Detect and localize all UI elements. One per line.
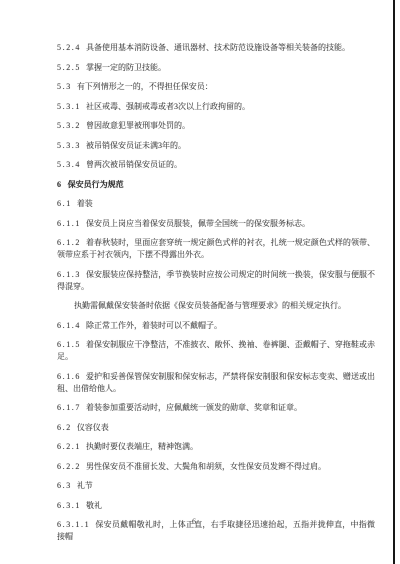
section-number: 6.1 — [57, 199, 72, 208]
section-text: 社区戒毒、强制戒毒或者3次以上行政拘留的。 — [86, 102, 250, 111]
section-text: 保安员行为规范 — [68, 180, 124, 189]
section-item: 6.2.1执勤时要仪表端庄，精神饱满。 — [57, 441, 375, 453]
section-item: 6.3.1敬礼 — [57, 500, 375, 512]
section-text: 着装参加重要活动时，应佩戴统一颁发的勋章、奖章和证章。 — [86, 403, 302, 412]
section-number: 6 — [57, 180, 63, 189]
document-page: 5.2.4具备使用基本消防设备、通讯器材、技术防范设施设备等相关装备的技能。 5… — [0, 0, 400, 564]
section-number: 6.3.1 — [57, 501, 81, 510]
section-text: 着装 — [77, 199, 93, 208]
section-number: 5.3.4 — [57, 160, 81, 169]
section-text: 曾因故意犯罪被刑事处罚的。 — [86, 121, 190, 130]
section-text: 敬礼 — [86, 501, 102, 510]
section-number: 6.1.1 — [57, 219, 81, 228]
section-item: 5.3.4曾两次被吊销保安员证的。 — [57, 159, 375, 171]
section-number: 5.3.2 — [57, 121, 81, 130]
section-item: 6.1.3保安服装应保持整洁，季节换装时应按公司规定的时间统一换装，保安服与便服… — [57, 269, 375, 293]
page-number: 6 — [0, 517, 388, 526]
section-text: 保安服装应保持整洁，季节换装时应按公司规定的时间统一换装，保安服与便服不得混穿。 — [57, 270, 375, 291]
section-text: 掌握一定的防卫技能。 — [86, 63, 166, 72]
section-number: 5.3.1 — [57, 102, 81, 111]
section-item: 6.2仪容仪表 — [57, 422, 375, 434]
section-text: 着春秋装时，里面应套穿统一规定颜色式样的衬衣，扎统一规定颜色式样的领带、领带应系… — [57, 238, 375, 259]
section-number: 6.1.3 — [57, 270, 81, 279]
section-text: 除正常工作外，着装时可以不戴帽子。 — [86, 321, 222, 330]
section-text: 礼节 — [77, 481, 93, 490]
section-number: 6.2.1 — [57, 442, 81, 451]
section-heading: 6保安员行为规范 — [57, 179, 375, 191]
section-number: 6.1.6 — [57, 372, 81, 381]
section-number: 5.2.4 — [57, 43, 81, 52]
section-item: 5.2.4具备使用基本消防设备、通讯器材、技术防范设施设备等相关装备的技能。 — [57, 42, 375, 54]
section-item: 5.3.2曾因故意犯罪被刑事处罚的。 — [57, 120, 375, 132]
section-number: 5.3.3 — [57, 141, 81, 150]
scan-edge-line — [393, 0, 395, 564]
section-text: 执勤时要仪表端庄，精神饱满。 — [86, 442, 198, 451]
section-number: 6.3 — [57, 481, 72, 490]
section-item: 5.2.5掌握一定的防卫技能。 — [57, 62, 375, 74]
section-item: 6.1.2着春秋装时，里面应套穿统一规定颜色式样的衬衣，扎统一规定颜色式样的领带… — [57, 237, 375, 261]
section-text: 有下列情形之一的，不得担任保安员： — [77, 82, 213, 91]
section-number: 6.2.2 — [57, 462, 81, 471]
section-text: 具备使用基本消防设备、通讯器材、技术防范设施设备等相关装备的技能。 — [86, 43, 350, 52]
section-text: 执勤需佩戴保安装备时依据《保安员装备配备与管理要求》的相关规定执行。 — [74, 301, 346, 310]
section-text: 男性保安员不准留长发、大鬓角和胡须，女性保安员发辫不得过肩。 — [86, 462, 326, 471]
section-number: 6.2 — [57, 423, 72, 432]
section-item: 6.1.6爱护和妥善保管保安制服和保安标志，严禁将保安制服和保安标志变卖、赠送或… — [57, 371, 375, 395]
section-item: 5.3.1社区戒毒、强制戒毒或者3次以上行政拘留的。 — [57, 101, 375, 113]
section-number: 5.2.5 — [57, 63, 81, 72]
section-text: 着保安制服应干净整洁，不准披衣、敞怀、挽袖、卷裤腿、歪戴帽子、穿拖鞋或赤足。 — [57, 340, 375, 361]
section-item: 6.1.7着装参加重要活动时，应佩戴统一颁发的勋章、奖章和证章。 — [57, 402, 375, 414]
section-item: 6.3礼节 — [57, 480, 375, 492]
section-text: 曾两次被吊销保安员证的。 — [86, 160, 182, 169]
section-text: 爱护和妥善保管保安制服和保安标志，严禁将保安制服和保安标志变卖、赠送或出租、出借… — [57, 372, 375, 393]
section-number: 6.1.2 — [57, 238, 81, 247]
section-item: 6.1着装 — [57, 198, 375, 210]
indent-paragraph: 执勤需佩戴保安装备时依据《保安员装备配备与管理要求》的相关规定执行。 — [57, 300, 375, 312]
section-text: 保安员上岗应当着保安员服装，佩带全国统一的保安服务标志。 — [86, 219, 310, 228]
section-item: 6.1.1保安员上岗应当着保安员服装，佩带全国统一的保安服务标志。 — [57, 218, 375, 230]
section-number: 6.1.7 — [57, 403, 81, 412]
section-item: 5.3有下列情形之一的，不得担任保安员： — [57, 81, 375, 93]
section-text: 仪容仪表 — [77, 423, 109, 432]
section-item: 6.2.2男性保安员不准留长发、大鬓角和胡须，女性保安员发辫不得过肩。 — [57, 461, 375, 473]
section-item: 5.3.3被吊销保安员证未满3年的。 — [57, 140, 375, 152]
document-body: 5.2.4具备使用基本消防设备、通讯器材、技术防范设施设备等相关装备的技能。 5… — [57, 42, 375, 551]
section-text: 被吊销保安员证未满3年的。 — [86, 141, 186, 150]
section-item: 6.1.4除正常工作外，着装时可以不戴帽子。 — [57, 320, 375, 332]
section-number: 6.1.5 — [57, 340, 81, 349]
section-number: 6.1.4 — [57, 321, 81, 330]
section-item: 6.1.5着保安制服应干净整洁，不准披衣、敞怀、挽袖、卷裤腿、歪戴帽子、穿拖鞋或… — [57, 339, 375, 363]
section-number: 5.3 — [57, 82, 72, 91]
